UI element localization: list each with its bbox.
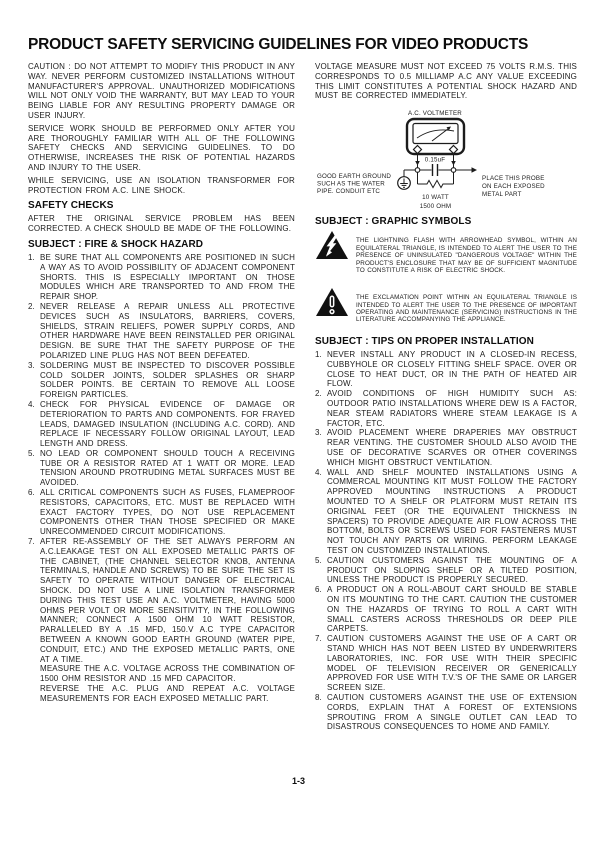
list-item: 7. AFTER RE-ASSEMBLY OF THE SET ALWAYS P…	[28, 537, 295, 664]
graphic-symbol-text: THE LIGHTNING FLASH WITH ARROWHEAD SYMBO…	[356, 236, 577, 274]
list-item: 2. NEVER RELEASE A REPAIR UNLESS ALL PRO…	[28, 302, 295, 361]
list-item-text: ALL CRITICAL COMPONENTS SUCH AS FUSES, F…	[40, 488, 295, 537]
list-item: 1. BE SURE THAT ALL COMPONENTS ARE POSIT…	[28, 253, 295, 302]
list-item-number: 7.	[315, 634, 327, 693]
caution-paragraph: CAUTION : DO NOT ATTEMPT TO MODIFY THIS …	[28, 62, 295, 121]
list-item-text: AFTER RE-ASSEMBLY OF THE SET ALWAYS PERF…	[40, 537, 295, 664]
list-item: 7. CAUTION CUSTOMERS AGAINST THE USE OF …	[315, 634, 577, 693]
down-arrow-icon	[451, 161, 456, 166]
voltage-measure-paragraph: VOLTAGE MEASURE MUST NOT EXCEED 75 VOLTS…	[315, 62, 577, 101]
list-item-number: 6.	[315, 585, 327, 634]
list-item: 3. AVOID PLACEMENT WHERE DRAPERIES MAY O…	[315, 428, 577, 467]
ground-label-line: PIPE. CONDUIT ETC	[317, 188, 380, 195]
list-item: 4. CHECK FOR PHYSICAL EVIDENCE OF DAMAGE…	[28, 400, 295, 449]
graphic-symbols-heading: SUBJECT : GRAPHIC SYMBOLS	[315, 216, 577, 227]
earth-ground-icon	[398, 170, 416, 189]
tips-list: 1. NEVER INSTALL ANY PRODUCT IN A CLOSED…	[315, 350, 577, 732]
list-item-text: CAUTION CUSTOMERS AGAINST THE USE OF A C…	[327, 634, 577, 693]
ac-voltmeter-circuit: A.C. VOLTMETER	[315, 105, 577, 211]
list-item-number: 1.	[315, 350, 327, 389]
right-column: VOLTAGE MEASURE MUST NOT EXCEED 75 VOLTS…	[315, 62, 577, 732]
list-item: 6. A PRODUCT ON A ROLL-ABOUT CART SHOULD…	[315, 585, 577, 634]
list-item-text: WALL AND SHELF MOUNTED INSTALLATIONS USI…	[327, 468, 577, 556]
list-item-number: 8.	[315, 693, 327, 732]
probe-label-line: PLACE THIS PROBE	[482, 175, 545, 182]
list-item-text: AVOID PLACEMENT WHERE DRAPERIES MAY OBST…	[327, 428, 577, 467]
probe-label-line: ON EACH EXPOSED	[482, 183, 545, 190]
resistor-symbol	[418, 172, 454, 187]
voltmeter-label: A.C. VOLTMETER	[408, 110, 462, 117]
safety-checks-heading: SAFETY CHECKS	[28, 200, 295, 211]
isolation-transformer-paragraph: WHILE SERVICING, USE AN ISOLATION TRANSF…	[28, 176, 295, 196]
capacitor-symbol	[415, 164, 456, 176]
service-work-paragraph: SERVICE WORK SHOULD BE PERFORMED ONLY AF…	[28, 124, 295, 173]
ground-label-line: GOOD EARTH GROUND	[317, 173, 391, 180]
list-item-text: A PRODUCT ON A ROLL-ABOUT CART SHOULD BE…	[327, 585, 577, 634]
list-item-text: SOLDERING MUST BE INSPECTED TO DISCOVER …	[40, 361, 295, 400]
list-item-number: 2.	[28, 302, 40, 361]
list-item-text: NO LEAD OR COMPONENT SHOULD TOUCH A RECE…	[40, 449, 295, 488]
list-item-text: CHECK FOR PHYSICAL EVIDENCE OF DAMAGE OR…	[40, 400, 295, 449]
list-item-text: MEASURE THE A.C. VOLTAGE ACROSS THE COMB…	[40, 664, 295, 684]
list-item-text: NEVER RELEASE A REPAIR UNLESS ALL PROTEC…	[40, 302, 295, 361]
list-item-number: 3.	[315, 428, 327, 467]
page-number: 1-3	[292, 776, 305, 786]
list-item-number: 3.	[28, 361, 40, 400]
graphic-symbol-entry: THE EXCLAMATION POINT WITHIN AN EQUILATE…	[315, 287, 577, 330]
graphic-symbol-text: THE EXCLAMATION POINT WITHIN AN EQUILATE…	[356, 293, 577, 324]
list-item-number: 1.	[28, 253, 40, 302]
down-arrow-icon	[415, 161, 420, 166]
capacitor-label: 0.15uF	[425, 157, 445, 164]
list-item-text: NEVER INSTALL ANY PRODUCT IN A CLOSED-IN…	[327, 350, 577, 389]
two-column-layout: CAUTION : DO NOT ATTEMPT TO MODIFY THIS …	[28, 62, 577, 732]
graphic-symbol-entry: THE LIGHTNING FLASH WITH ARROWHEAD SYMBO…	[315, 230, 577, 281]
list-item: 2. AVOID CONDITIONS OF HIGH HUMIDITY SUC…	[315, 389, 577, 428]
exclamation-triangle-icon	[315, 287, 349, 322]
list-item-text: BE SURE THAT ALL COMPONENTS ARE POSITION…	[40, 253, 295, 302]
list-item-text: CAUTION CUSTOMERS AGAINST THE USE OF EXT…	[327, 693, 577, 732]
list-item-number: 6.	[28, 488, 40, 537]
list-item-continuation: 7. REVERSE THE A.C. PLUG AND REPEAT A.C.…	[28, 684, 295, 704]
list-item-number: 5.	[315, 556, 327, 585]
voltmeter-icon	[407, 119, 464, 154]
ground-label-line: SUCH AS THE WATER	[317, 181, 385, 188]
list-item-text: CAUTION CUSTOMERS AGAINST THE MOUNTING O…	[327, 556, 577, 585]
list-item: 8. CAUTION CUSTOMERS AGAINST THE USE OF …	[315, 693, 577, 732]
list-item: 6. ALL CRITICAL COMPONENTS SUCH AS FUSES…	[28, 488, 295, 537]
resistor-label-line: 10 WATT	[422, 194, 449, 201]
tips-heading: SUBJECT : TIPS ON PROPER INSTALLATION	[315, 336, 577, 347]
probe-arrow-icon	[456, 167, 477, 172]
list-item-text: AVOID CONDITIONS OF HIGH HUMIDITY SUCH A…	[327, 389, 577, 428]
list-item: 4. WALL AND SHELF MOUNTED INSTALLATIONS …	[315, 468, 577, 556]
list-item-text: REVERSE THE A.C. PLUG AND REPEAT A.C. VO…	[40, 684, 295, 704]
list-item-number: 4.	[315, 468, 327, 556]
lightning-triangle-icon	[315, 230, 349, 265]
safety-checks-body: AFTER THE ORIGINAL SERVICE PROBLEM HAS B…	[28, 214, 295, 234]
fire-shock-heading: SUBJECT : FIRE & SHOCK HAZARD	[28, 239, 295, 250]
list-item-continuation: 7. MEASURE THE A.C. VOLTAGE ACROSS THE C…	[28, 664, 295, 684]
list-item-number: 4.	[28, 400, 40, 449]
list-item: 5. CAUTION CUSTOMERS AGAINST THE MOUNTIN…	[315, 556, 577, 585]
list-item-number: 2.	[315, 389, 327, 428]
document-page: PRODUCT SAFETY SERVICING GUIDELINES FOR …	[0, 0, 595, 842]
list-item-number: 5.	[28, 449, 40, 488]
page-title: PRODUCT SAFETY SERVICING GUIDELINES FOR …	[28, 36, 577, 54]
list-item: 3. SOLDERING MUST BE INSPECTED TO DISCOV…	[28, 361, 295, 400]
ac-leakage-test-diagram: A.C. VOLTMETER	[315, 105, 577, 211]
resistor-label-line: 1500 OHM	[420, 203, 452, 210]
probe-label-line: METAL PART	[482, 191, 522, 198]
list-item: 1. NEVER INSTALL ANY PRODUCT IN A CLOSED…	[315, 350, 577, 389]
list-item-number: 7.	[28, 537, 40, 664]
fire-shock-list: 1. BE SURE THAT ALL COMPONENTS ARE POSIT…	[28, 253, 295, 704]
left-column: CAUTION : DO NOT ATTEMPT TO MODIFY THIS …	[28, 62, 295, 732]
list-item: 5. NO LEAD OR COMPONENT SHOULD TOUCH A R…	[28, 449, 295, 488]
